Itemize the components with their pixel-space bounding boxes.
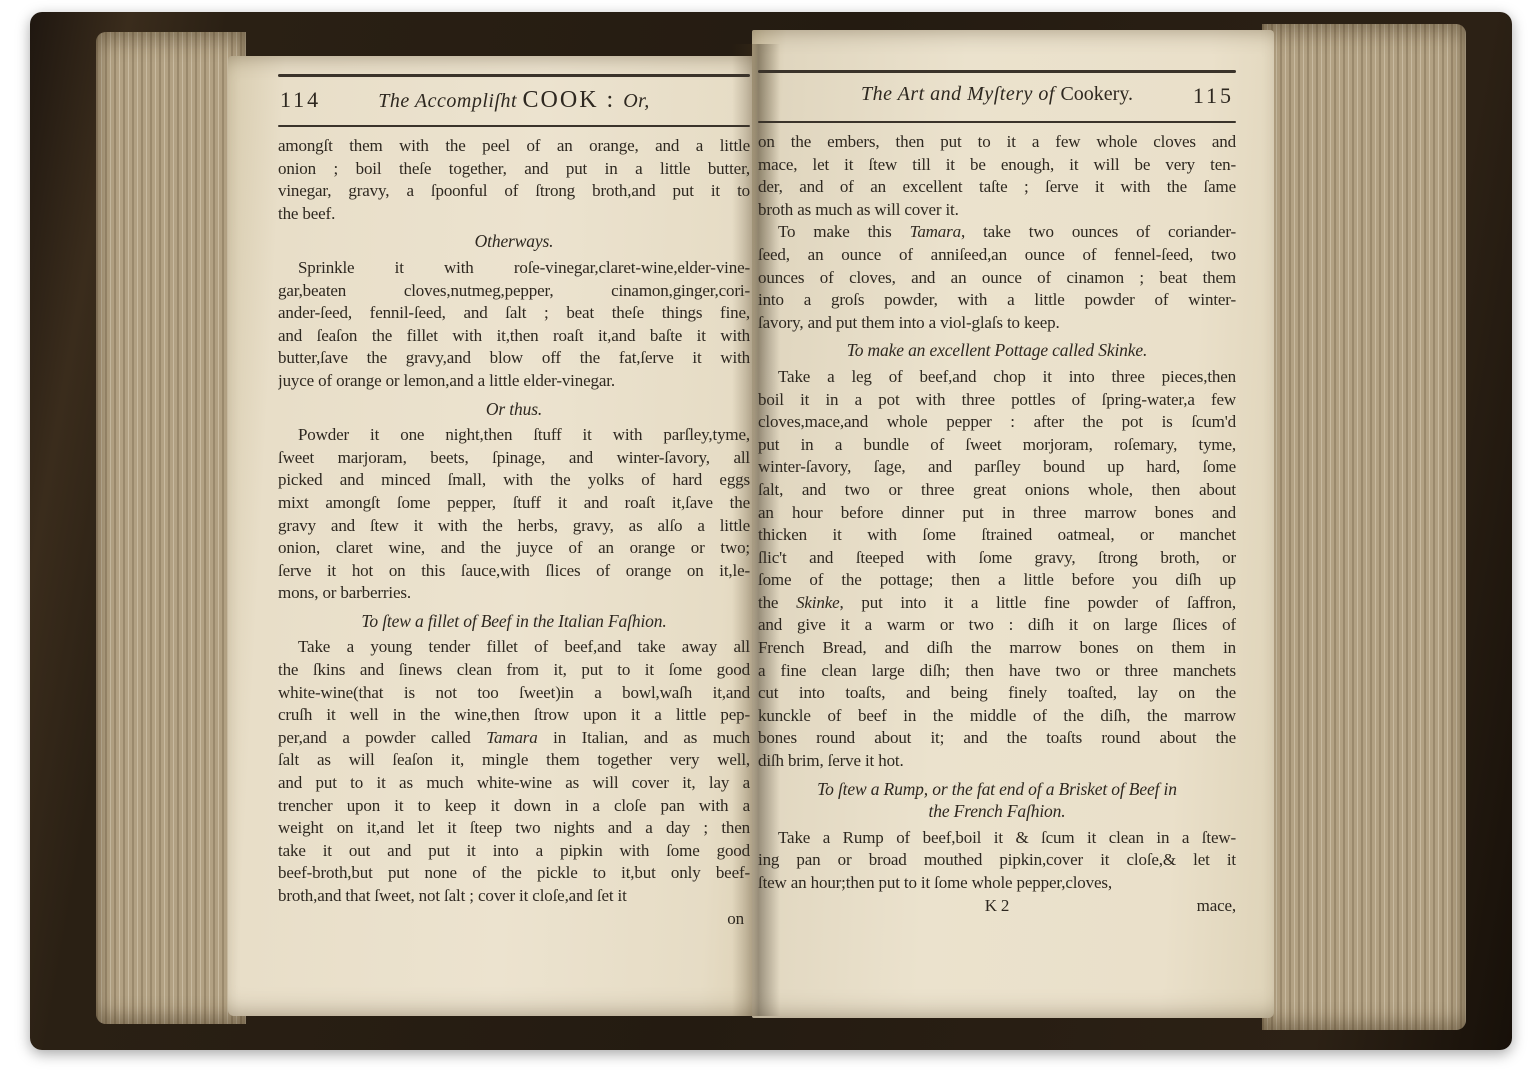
text-line: gar,beaten cloves,nutmeg,pepper, cinamon…: [278, 280, 750, 303]
running-title-caps: COOK :: [523, 87, 624, 113]
catchword: on: [278, 908, 750, 931]
page-edges-left: [96, 32, 246, 1024]
text-line: Powder it one night,then ſtuff it with p…: [278, 424, 750, 447]
text-line: cruſh it well in the wine,then ſtrow upo…: [278, 704, 750, 727]
text-line: French Bread, and diſh the marrow bones …: [758, 637, 1236, 660]
text-line: der, and of an excellent taſte ; ſerve i…: [758, 176, 1236, 199]
running-title-tail: Or,: [623, 90, 650, 112]
text-line: per,and a powder called Tamara in Italia…: [278, 727, 750, 750]
section-heading: To make an excellent Pottage called Skin…: [758, 339, 1236, 362]
text-line: ſome of the pottage; then a little befor…: [758, 569, 1236, 592]
text-line: ander-ſeed, fennil-ſeed, and ſalt ; beat…: [278, 302, 750, 325]
text-line: an hour before dinner put in three marro…: [758, 502, 1236, 525]
page-number: 115: [1193, 83, 1234, 109]
text-line: ſalt as will ſeaſon it, mingle them toge…: [278, 749, 750, 772]
running-title: The Accompliſht COOK : Or,: [278, 83, 750, 114]
text-line: ing pan or broad mouthed pipkin,cover it…: [758, 849, 1236, 872]
text-line: winter-ſavory, ſage, and parſley bound u…: [758, 456, 1236, 479]
text-line: into a groſs powder, with a little powde…: [758, 289, 1236, 312]
text-line: kunckle of beef in the middle of the diſ…: [758, 705, 1236, 728]
section-heading-line: To make an excellent Pottage called Skin…: [758, 339, 1236, 362]
header-rule-bottom: [758, 121, 1236, 124]
right-page-body: on the embers, then put to it a few whol…: [758, 131, 1236, 917]
text-line: bones round about it; and the toaſts rou…: [758, 727, 1236, 750]
text-line: the beef.: [278, 203, 750, 226]
text-line: ſeed, an ounce of anniſeed,an ounce of f…: [758, 244, 1236, 267]
section-heading: Or thus.: [278, 398, 750, 421]
text-line: vinegar, gravy, a ſpoonful of ſtrong bro…: [278, 180, 750, 203]
text-line: on the embers, then put to it a few whol…: [758, 131, 1236, 154]
text-line: beef-broth,but put none of the pickle to…: [278, 862, 750, 885]
text-line: mixt amongſt ſome pepper, ſtuff it and r…: [278, 492, 750, 515]
header-rule-top: [278, 74, 750, 77]
running-title-italic: The Accompliſht: [378, 90, 522, 112]
catchword: mace,: [1197, 895, 1236, 918]
signature-mark: K 2: [985, 896, 1010, 915]
section-heading-line: Otherways.: [278, 230, 750, 253]
text-line: trencher upon it to keep it down in a cl…: [278, 795, 750, 818]
right-page-header: 115 The Art and Myſtery of Cookery.: [758, 79, 1236, 117]
signature-line: K 2mace,: [758, 895, 1236, 918]
text-line: cut into toaſts, and being finely toaſte…: [758, 682, 1236, 705]
text-line: ſlic't and ſteeped with ſome gravy, ſtro…: [758, 547, 1236, 570]
section-heading-line: To ſtew a fillet of Beef in the Italian …: [278, 610, 750, 633]
text-line: mons, or barberries.: [278, 582, 750, 605]
text-line: ounces of cloves, and an ounce of cinamo…: [758, 267, 1236, 290]
text-line: amongſt them with the peel of an orange,…: [278, 135, 750, 158]
running-title: The Art and Myſtery of Cookery.: [758, 79, 1236, 106]
running-title-roman: Cookery.: [1060, 83, 1133, 105]
text-line: Take a young tender fillet of beef,and t…: [278, 636, 750, 659]
text-line: ſweet marjoram, beets, ſpinage, and wint…: [278, 447, 750, 470]
text-line: put in a bundle of ſweet morjoram, roſem…: [758, 434, 1236, 457]
text-line: ſalt, and two or three great onions whol…: [758, 479, 1236, 502]
section-heading: Otherways.: [278, 230, 750, 253]
text-line: weight on it,and let it ſteep two nights…: [278, 817, 750, 840]
book-photo-scene: 114 The Accompliſht COOK : Or, amongſt t…: [0, 0, 1536, 1076]
text-line: a fine clean large diſh; then have two o…: [758, 660, 1236, 683]
text-line: take it out and put it into a pipkin wit…: [278, 840, 750, 863]
text-line: and ſeaſon the fillet with it,then roaſt…: [278, 325, 750, 348]
section-heading-line: Or thus.: [278, 398, 750, 421]
text-line: diſh brim, ſerve it hot.: [758, 750, 1236, 773]
text-line: Sprinkle it with roſe-vinegar,claret-win…: [278, 257, 750, 280]
page-number: 114: [280, 87, 321, 113]
left-page-text-column: 114 The Accompliſht COOK : Or, amongſt t…: [278, 74, 750, 930]
left-page-body: amongſt them with the peel of an orange,…: [278, 135, 750, 930]
right-page-text-column: 115 The Art and Myſtery of Cookery. on t…: [758, 70, 1236, 917]
text-line: ſtew an hour;then put to it ſome whole p…: [758, 872, 1236, 895]
header-rule-bottom: [278, 125, 750, 128]
text-line: the Skinke, put into it a little fine po…: [758, 592, 1236, 615]
left-page-header: 114 The Accompliſht COOK : Or,: [278, 83, 750, 121]
text-line: ſavory, and put them into a viol-glaſs t…: [758, 312, 1236, 335]
text-line: onion, claret wine, and the juyce of an …: [278, 537, 750, 560]
section-heading-line: To ſtew a Rump, or the fat end of a Bris…: [758, 778, 1236, 801]
text-line: ſerve it hot on this ſauce,with ſlices o…: [278, 560, 750, 583]
text-line: gravy and ſtew it with the herbs, gravy,…: [278, 515, 750, 538]
section-heading: To ſtew a Rump, or the fat end of a Bris…: [758, 778, 1236, 823]
text-line: broth as much as will cover it.: [758, 199, 1236, 222]
section-heading: To ſtew a fillet of Beef in the Italian …: [278, 610, 750, 633]
text-line: butter,ſave the gravy,and blow off the f…: [278, 347, 750, 370]
text-line: and put to it as much white-wine as will…: [278, 772, 750, 795]
page-edges-right: [1262, 24, 1466, 1030]
text-line: thicken it with ſome ſtrained oatmeal, o…: [758, 524, 1236, 547]
text-line: mace, let it ſtew till it be enough, it …: [758, 154, 1236, 177]
text-line: cloves,mace,and whole pepper : after the…: [758, 411, 1236, 434]
text-line: onion ; boil theſe together, and put in …: [278, 158, 750, 181]
text-line: To make this Tamara, take two ounces of …: [758, 221, 1236, 244]
text-line: broth,and that ſweet, not ſalt ; cover i…: [278, 885, 750, 908]
text-line: white-wine(that is not too ſweet)in a bo…: [278, 682, 750, 705]
header-rule-top: [758, 70, 1236, 73]
text-line: boil it in a pot with three pottles of ſ…: [758, 389, 1236, 412]
text-line: Take a Rump of beef,boil it & ſcum it cl…: [758, 827, 1236, 850]
running-title-italic: The Art and Myſtery of: [861, 83, 1060, 105]
section-heading-line: the French Faſhion.: [758, 800, 1236, 823]
text-line: the ſkins and ſinews clean from it, put …: [278, 659, 750, 682]
text-line: and give it a warm or two : diſh it on l…: [758, 614, 1236, 637]
text-line: Take a leg of beef,and chop it into thre…: [758, 366, 1236, 389]
text-line: picked and minced ſmall, with the yolks …: [278, 469, 750, 492]
text-line: juyce of orange or lemon,and a little el…: [278, 370, 750, 393]
